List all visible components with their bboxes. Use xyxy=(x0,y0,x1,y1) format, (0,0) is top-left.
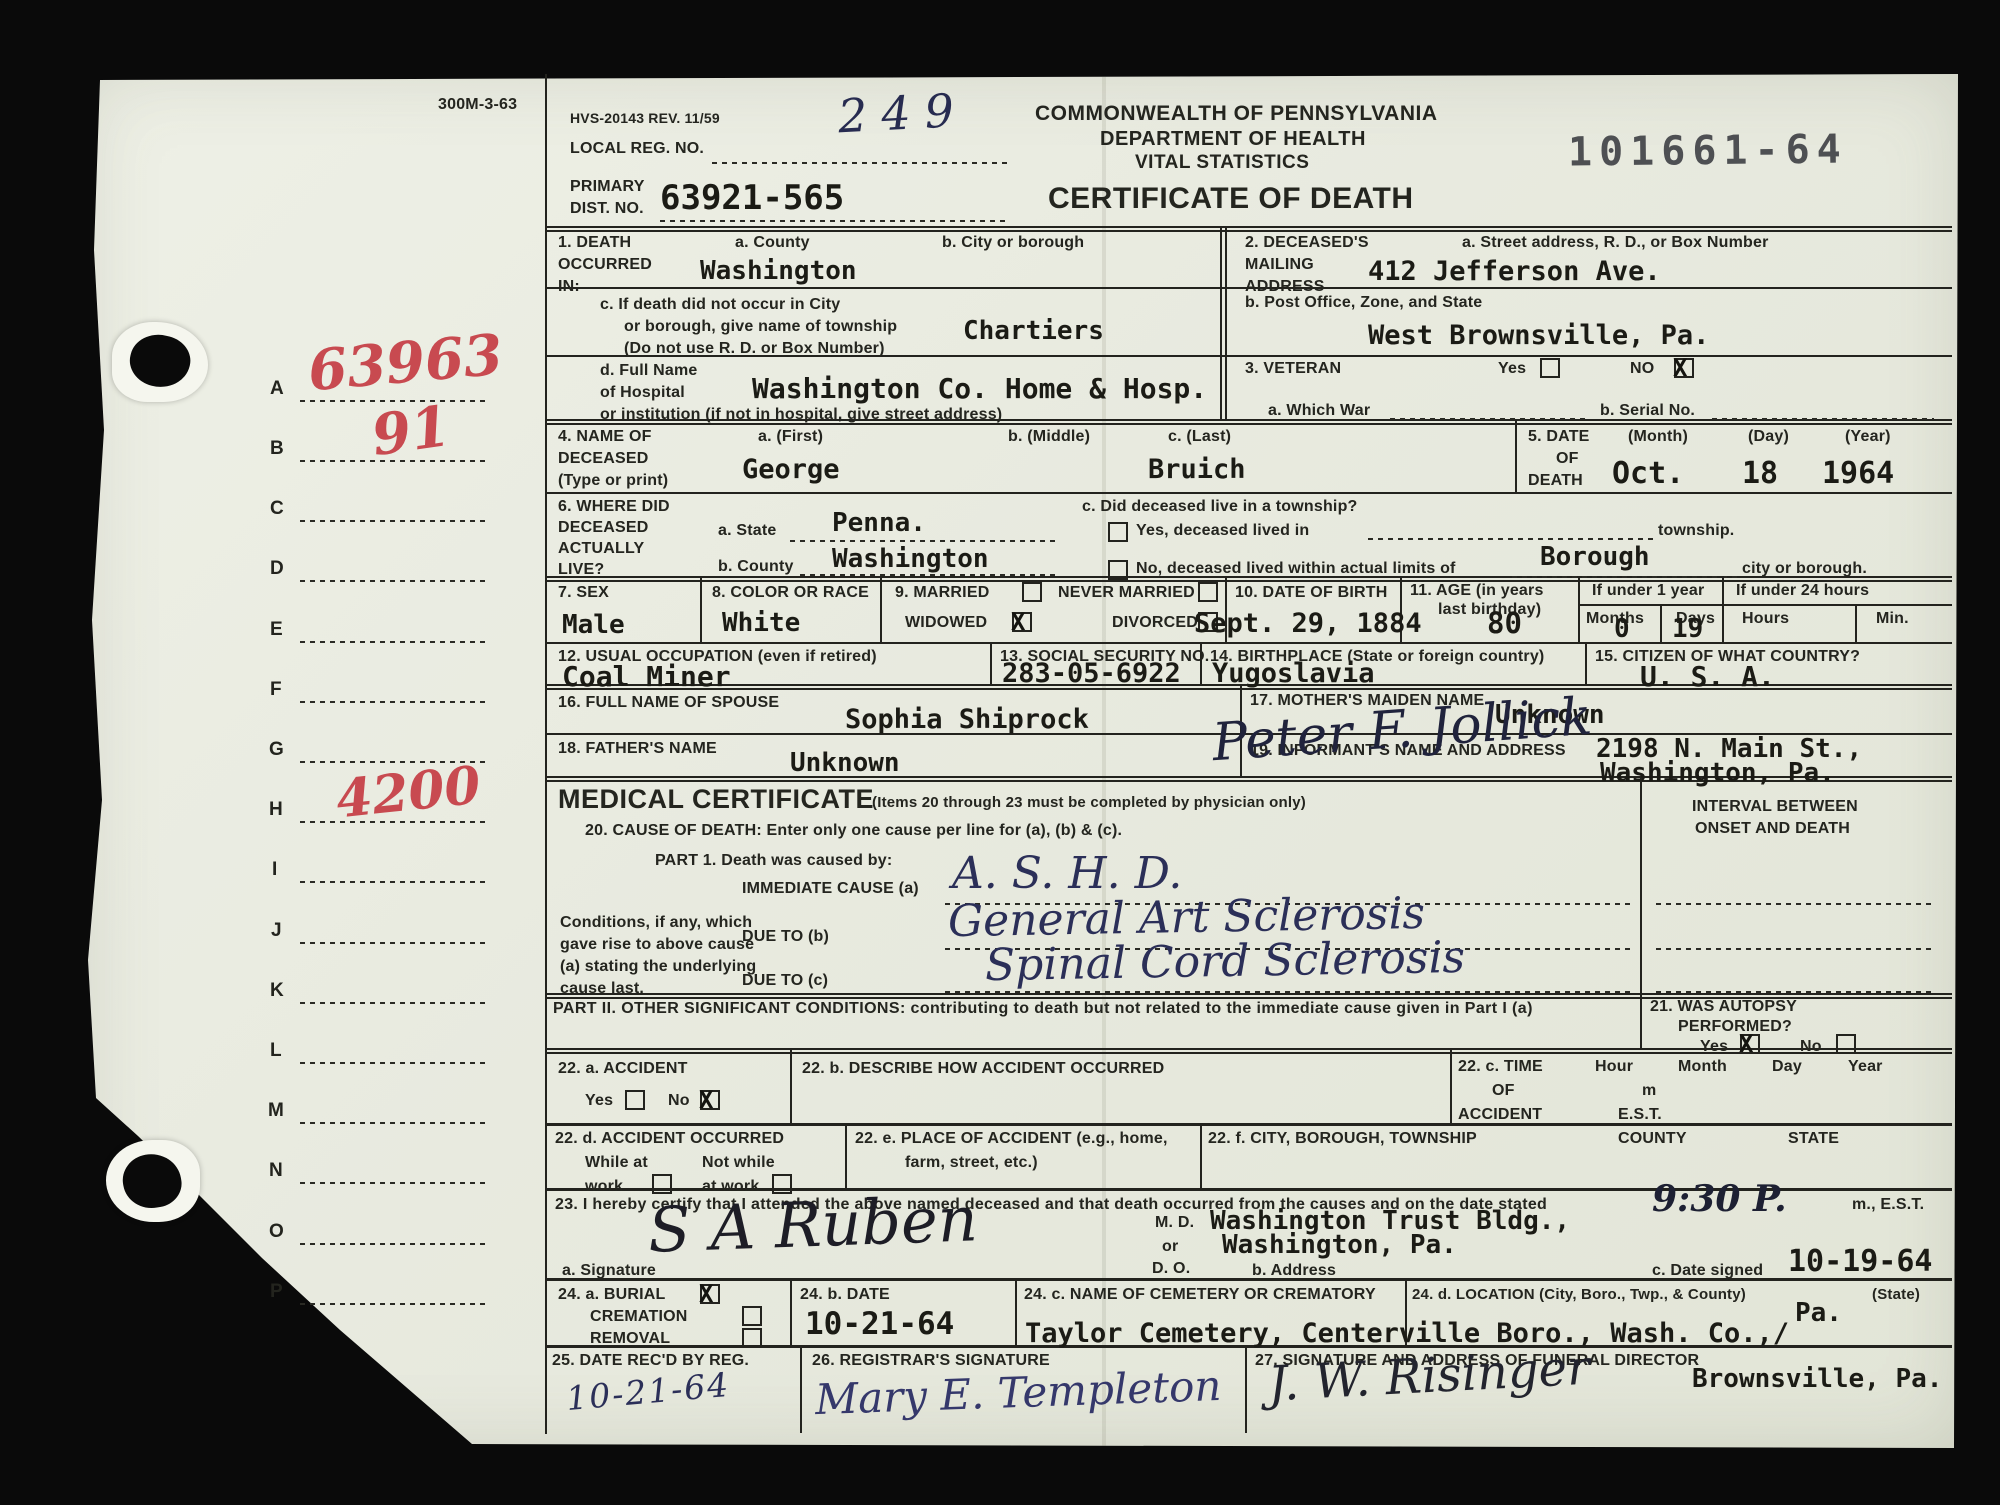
box5-year-value: 1964 xyxy=(1822,456,1894,491)
box22a-no-label: No xyxy=(668,1092,690,1110)
rule xyxy=(545,492,1952,494)
box23-time-value: 9:30 P. xyxy=(1652,1178,1787,1220)
box6c-no-value: Borough xyxy=(1540,542,1650,572)
box22d-not1: Not while xyxy=(702,1154,775,1172)
box6-label3: ACTUALLY xyxy=(558,540,644,558)
box21-label1: 21. WAS AUTOPSY xyxy=(1650,998,1797,1016)
box24d-state-label: (State) xyxy=(1872,1286,1920,1303)
box1-label: 1. DEATH xyxy=(558,234,631,252)
box12-value: Coal Miner xyxy=(562,660,731,693)
box24d-value: Pa. xyxy=(1795,1298,1842,1328)
box2-label2: MAILING xyxy=(1245,256,1314,274)
which-war-line xyxy=(1390,418,1586,420)
stub-letter-i: I xyxy=(272,859,277,881)
box23-date-label: c. Date signed xyxy=(1652,1262,1763,1280)
stub-letter-c: C xyxy=(270,498,284,520)
stub-line-d xyxy=(300,580,486,582)
stub-line-i xyxy=(300,881,486,883)
box24-removal-label: REMOVAL xyxy=(590,1330,670,1348)
box20-cond2: gave rise to above cause xyxy=(560,936,754,954)
box22d-while1: While at xyxy=(585,1154,648,1172)
column-divider xyxy=(1640,778,1642,1050)
township-line xyxy=(1368,538,1656,540)
box24-burial-label: 24. a. BURIAL xyxy=(558,1286,666,1304)
box22c-est-label: E.S.T. xyxy=(1618,1106,1662,1124)
stub-divider-line xyxy=(545,74,547,1434)
box22c-year-label: Year xyxy=(1848,1058,1883,1076)
box23-mest-label: m., E.S.T. xyxy=(1852,1196,1924,1214)
interval-b-line xyxy=(1656,948,1934,950)
box23-address-label: b. Address xyxy=(1252,1262,1336,1280)
box10-label: 10. DATE OF BIRTH xyxy=(1235,584,1387,602)
dist-no-label: DIST. NO. xyxy=(570,200,644,218)
box3a-label: a. Which War xyxy=(1268,402,1370,420)
death-certificate-scan: 300M-3-63 A B C D E F G H I J K L M N O … xyxy=(0,0,2000,1505)
stub-letter-h: H xyxy=(269,799,283,821)
box6-label4: LIVE? xyxy=(558,561,604,579)
box4a-value: George xyxy=(742,454,840,485)
box9-never-label: NEVER MARRIED xyxy=(1058,584,1195,602)
stub-letter-g: G xyxy=(269,739,284,761)
box6b-label: b. County xyxy=(718,558,794,576)
box1c-value: Chartiers xyxy=(963,316,1104,346)
x-mark: X xyxy=(699,1280,713,1308)
box1c-label3: (Do not use R. D. or Box Number) xyxy=(624,340,885,358)
box22c-day-label: Day xyxy=(1772,1058,1802,1076)
stub-letter-f: F xyxy=(270,679,282,701)
box22d-while2: work xyxy=(585,1178,623,1196)
box20-immediate-label: IMMEDIATE CAUSE (a) xyxy=(742,880,919,898)
paper-crease xyxy=(1102,68,1106,1452)
stub-letter-a: A xyxy=(270,378,284,400)
box10-value: Sept. 29, 1884 xyxy=(1194,608,1422,639)
stub-letter-n: N xyxy=(269,1160,283,1182)
widowed-checkbox: X xyxy=(1012,612,1032,632)
never-married-checkbox xyxy=(1198,582,1218,602)
column-divider xyxy=(1578,576,1580,642)
box24c-label: 24. c. NAME OF CEMETERY OR CREMATORY xyxy=(1024,1286,1376,1304)
lived-township-no-checkbox xyxy=(1108,560,1128,580)
veteran-no-checkbox: X xyxy=(1674,358,1694,378)
box24b-value: 10-21-64 xyxy=(805,1306,954,1342)
box22e-label2: farm, street, etc.) xyxy=(905,1154,1038,1172)
accident-no-checkbox: X xyxy=(700,1090,720,1110)
local-reg-value: 249 xyxy=(837,83,969,144)
column-divider xyxy=(1585,642,1587,686)
box1a-value: Washington xyxy=(700,256,857,286)
box23-do-label: D. O. xyxy=(1152,1260,1190,1278)
box20-cond3: (a) stating the underlying xyxy=(560,958,756,976)
stub-letter-p: P xyxy=(270,1281,283,1303)
stub-letter-b: B xyxy=(270,438,284,460)
box4a-label: a. (First) xyxy=(758,428,823,446)
box6c-township-label: township. xyxy=(1658,522,1734,540)
stub-letter-l: L xyxy=(270,1040,282,1062)
box22a-label: 22. a. ACCIDENT xyxy=(558,1060,688,1078)
stub-line-p xyxy=(300,1303,486,1305)
box6-label2: DECEASED xyxy=(558,519,649,537)
vital-statistics-title: VITAL STATISTICS xyxy=(1135,152,1309,174)
column-divider xyxy=(1200,1123,1202,1188)
stub-letter-k: K xyxy=(270,980,284,1002)
box1d-value: Washington Co. Home & Hosp. xyxy=(752,372,1207,405)
box22c-label3: ACCIDENT xyxy=(1458,1106,1542,1124)
box4c-value: Bruich xyxy=(1148,454,1246,485)
column-divider xyxy=(1220,228,1227,420)
box4b-label: b. (Middle) xyxy=(1008,428,1090,446)
box8-value: White xyxy=(722,608,800,638)
rule xyxy=(545,226,1952,232)
box11-days-value: 19 xyxy=(1672,614,1703,644)
medical-certificate-subtitle: (Items 20 through 23 must be completed b… xyxy=(872,794,1306,811)
box14-value: Yugoslavia xyxy=(1212,658,1375,689)
box22a-yes-label: Yes xyxy=(585,1092,613,1110)
column-divider xyxy=(700,576,702,642)
part2-label: PART II. OTHER SIGNIFICANT CONDITIONS: c… xyxy=(553,1000,1533,1018)
box21-no-label: No xyxy=(1800,1038,1822,1056)
x-mark: X xyxy=(1011,608,1025,636)
box2b-label: b. Post Office, Zone, and State xyxy=(1245,294,1482,312)
column-divider xyxy=(1660,604,1662,642)
box23-date-value: 10-19-64 xyxy=(1788,1244,1933,1279)
box22e-label1: 22. e. PLACE OF ACCIDENT (e.g., home, xyxy=(855,1130,1168,1148)
stub-line-o xyxy=(300,1243,486,1245)
box21-yes-label: Yes xyxy=(1700,1038,1728,1056)
certificate-title: CERTIFICATE OF DEATH xyxy=(1048,182,1414,216)
box20-cond1: Conditions, if any, which xyxy=(560,914,752,932)
box20-cond4: cause last. xyxy=(560,980,644,998)
primary-label: PRIMARY xyxy=(570,178,645,196)
interval-c-line xyxy=(1656,991,1934,993)
serial-no-line xyxy=(1712,418,1934,420)
stub-line-n xyxy=(300,1182,486,1184)
box1b-label: b. City or borough xyxy=(942,234,1084,252)
stub-letter-e: E xyxy=(270,619,283,641)
rule xyxy=(545,642,1952,644)
box24c-value: Taylor Cemetery, Centerville Boro., Wash… xyxy=(1025,1318,1789,1349)
x-mark: X xyxy=(1673,354,1687,382)
column-divider xyxy=(880,576,882,642)
box6c-cityborough-label: city or borough. xyxy=(1742,560,1867,578)
box3-label: 3. VETERAN xyxy=(1245,360,1341,378)
box5-day-label: (Day) xyxy=(1748,428,1789,446)
interval-label1: INTERVAL BETWEEN xyxy=(1692,798,1858,816)
local-reg-line xyxy=(712,162,1007,164)
box20-due-b-label: DUE TO (b) xyxy=(742,928,829,946)
box7-label: 7. SEX xyxy=(558,584,609,602)
stub-letter-o: O xyxy=(269,1221,284,1243)
box1d-label2: of Hospital xyxy=(600,384,685,402)
box20-heading: 20. CAUSE OF DEATH: Enter only one cause… xyxy=(585,822,1122,840)
column-divider xyxy=(790,1050,792,1123)
box1c-label2: or borough, give name of township xyxy=(624,318,897,336)
county-line xyxy=(800,574,1060,576)
box22c-label1: 22. c. TIME xyxy=(1458,1058,1543,1076)
box11-value: 80 xyxy=(1487,606,1522,640)
accident-yes-checkbox xyxy=(625,1090,645,1110)
column-divider xyxy=(990,642,992,686)
stub-line-k xyxy=(300,1002,486,1004)
column-divider xyxy=(800,1345,802,1433)
column-divider xyxy=(1015,1278,1017,1345)
box1d-label1: d. Full Name xyxy=(600,362,698,380)
stub-letter-d: D xyxy=(270,558,284,580)
box23-or-label: or xyxy=(1162,1238,1178,1256)
borough-line xyxy=(1512,576,1738,578)
physician-signature: S A Ruben xyxy=(647,1182,979,1266)
box20-due-c-label: DUE TO (c) xyxy=(742,972,828,990)
box6c-label: c. Did deceased live in a township? xyxy=(1082,498,1358,516)
box11-months-value: 0 xyxy=(1614,614,1630,644)
primary-dist-no-value: 63921-565 xyxy=(660,178,844,218)
box18-label: 18. FATHER'S NAME xyxy=(558,740,717,758)
interval-a-line xyxy=(1656,903,1934,905)
box11-under1-label: If under 1 year xyxy=(1592,582,1704,600)
box23-signature-label: a. Signature xyxy=(562,1262,656,1280)
rule xyxy=(1578,604,1952,606)
dist-no-line xyxy=(660,220,1008,222)
box16-label: 16. FULL NAME OF SPOUSE xyxy=(558,694,779,712)
medical-certificate-title: MEDICAL CERTIFICATE xyxy=(558,784,874,815)
box2a-label: a. Street address, R. D., or Box Number xyxy=(1462,234,1769,252)
box11-label1: 11. AGE (in years xyxy=(1410,582,1544,600)
veteran-yes-checkbox xyxy=(1540,358,1560,378)
box24b-label: 24. b. DATE xyxy=(800,1286,890,1304)
column-divider xyxy=(790,1278,792,1345)
cause-c-line xyxy=(945,991,1633,993)
box5-month-value: Oct. xyxy=(1612,456,1684,491)
box1-label2: OCCURRED xyxy=(558,256,652,274)
column-divider xyxy=(845,1123,847,1188)
box22c-hour-label: Hour xyxy=(1595,1058,1633,1076)
box5-month-label: (Month) xyxy=(1628,428,1688,446)
box2b-value: West Brownsville, Pa. xyxy=(1368,320,1709,351)
stub-letter-j: J xyxy=(271,920,282,942)
box6a-label: a. State xyxy=(718,522,777,540)
column-divider xyxy=(1855,604,1857,642)
box3-no-label: NO xyxy=(1630,360,1654,378)
x-mark: X xyxy=(699,1086,713,1114)
box15-value: U. S. A. xyxy=(1640,660,1775,693)
department-title: DEPARTMENT OF HEALTH xyxy=(1100,128,1366,151)
box13-value: 283-05-6922 xyxy=(1002,658,1181,689)
box19-address2: Washington, Pa. xyxy=(1600,758,1835,788)
box22f-county-label: COUNTY xyxy=(1618,1130,1687,1148)
box5-label3: DEATH xyxy=(1528,472,1583,490)
box23-md-label: M. D. xyxy=(1155,1214,1194,1232)
box11-hours-label: Hours xyxy=(1742,610,1789,628)
interval-label2: ONSET AND DEATH xyxy=(1695,820,1850,838)
stub-line-m xyxy=(300,1122,486,1124)
box6c-no-text: No, deceased lived within actual limits … xyxy=(1136,560,1456,578)
box4-label3: (Type or print) xyxy=(558,472,668,490)
box6b-value: Washington xyxy=(832,544,989,574)
box6-label1: 6. WHERE DID xyxy=(558,498,670,516)
box6a-value: Penna. xyxy=(832,508,926,538)
box11-under24-label: If under 24 hours xyxy=(1736,582,1869,600)
box20-part1: PART 1. Death was caused by: xyxy=(655,852,892,870)
box8-label: 8. COLOR OR RACE xyxy=(712,584,869,602)
column-divider xyxy=(1245,1345,1247,1433)
box24-cremation-label: CREMATION xyxy=(590,1308,688,1326)
box9-divorced-label: DIVORCED xyxy=(1112,614,1198,632)
box11-min-label: Min. xyxy=(1876,610,1909,628)
box3b-label: b. Serial No. xyxy=(1600,402,1695,420)
file-number-stamp: 101661-64 xyxy=(1568,127,1848,176)
box5-year-label: (Year) xyxy=(1845,428,1891,446)
box4-label1: 4. NAME OF xyxy=(558,428,652,446)
box1a-label: a. County xyxy=(735,234,810,252)
box1-label3: IN: xyxy=(558,278,580,296)
removal-checkbox xyxy=(742,1328,762,1348)
column-divider xyxy=(1450,1050,1452,1123)
box7-value: Male xyxy=(562,610,625,640)
cremation-checkbox xyxy=(742,1306,762,1326)
column-divider xyxy=(1722,576,1724,642)
autopsy-no-checkbox xyxy=(1836,1034,1856,1054)
lived-township-yes-checkbox xyxy=(1108,522,1128,542)
box22c-m-label: m xyxy=(1642,1082,1656,1100)
box22c-label2: OF xyxy=(1492,1082,1515,1100)
box3-yes-label: Yes xyxy=(1498,360,1526,378)
box5-label2: OF xyxy=(1556,450,1579,468)
box22b-label: 22. b. DESCRIBE HOW ACCIDENT OCCURRED xyxy=(802,1060,1164,1078)
box23-address2: Washington, Pa. xyxy=(1222,1230,1457,1260)
box2a-value: 412 Jefferson Ave. xyxy=(1368,256,1661,287)
state-line xyxy=(790,540,1060,542)
column-divider xyxy=(1515,419,1517,492)
rule xyxy=(545,1123,1952,1126)
stub-line-f xyxy=(300,701,486,703)
box22c-month-label: Month xyxy=(1678,1058,1727,1076)
box2-label1: 2. DECEASED'S xyxy=(1245,234,1369,252)
box5-label1: 5. DATE xyxy=(1528,428,1590,446)
married-checkbox xyxy=(1022,582,1042,602)
form-code: HVS-20143 REV. 11/59 xyxy=(570,110,720,126)
stub-red-number-b: 91 xyxy=(368,393,454,469)
stub-line-l xyxy=(300,1062,486,1064)
box4-label2: DECEASED xyxy=(558,450,649,468)
box21-label2: PERFORMED? xyxy=(1678,1018,1792,1036)
box22f-state-label: STATE xyxy=(1788,1130,1839,1148)
box5-day-value: 18 xyxy=(1742,456,1778,491)
box9-widowed-label: WIDOWED xyxy=(905,614,987,632)
local-reg-label: LOCAL REG. NO. xyxy=(570,140,704,158)
box24d-label: 24. d. LOCATION (City, Boro., Twp., & Co… xyxy=(1412,1286,1746,1303)
box22d-label: 22. d. ACCIDENT OCCURRED xyxy=(555,1130,784,1148)
box6c-yes-text: Yes, deceased lived in xyxy=(1136,522,1309,540)
box18-value: Unknown xyxy=(790,748,900,778)
stub-line-j xyxy=(300,942,486,944)
stub-stock-number: 300M-3-63 xyxy=(438,96,517,114)
box27-address: Brownsville, Pa. xyxy=(1692,1364,1942,1394)
commonwealth-title: COMMONWEALTH OF PENNSYLVANIA xyxy=(1035,102,1437,126)
burial-checkbox: X xyxy=(700,1284,720,1304)
stub-line-c xyxy=(300,520,486,522)
box22f-label: 22. f. CITY, BOROUGH, TOWNSHIP xyxy=(1208,1130,1477,1148)
box1d-label3: or institution (if not in hospital, give… xyxy=(600,406,1002,424)
cause-c-value: Spinal Cord Sclerosis xyxy=(985,932,1466,991)
box9-married-label: 9. MARRIED xyxy=(895,584,989,602)
cause-a-value: A. S. H. D. xyxy=(952,848,1182,899)
autopsy-yes-checkbox: X xyxy=(1740,1034,1760,1054)
stub-line-e xyxy=(300,641,486,643)
accident-at-work-checkbox xyxy=(652,1174,672,1194)
box1c-label1: c. If death did not occur in City xyxy=(600,296,840,314)
box4c-label: c. (Last) xyxy=(1168,428,1231,446)
box16-value: Sophia Shiprock xyxy=(845,704,1089,735)
x-mark: X xyxy=(1739,1030,1753,1058)
stub-letter-m: M xyxy=(268,1100,284,1122)
